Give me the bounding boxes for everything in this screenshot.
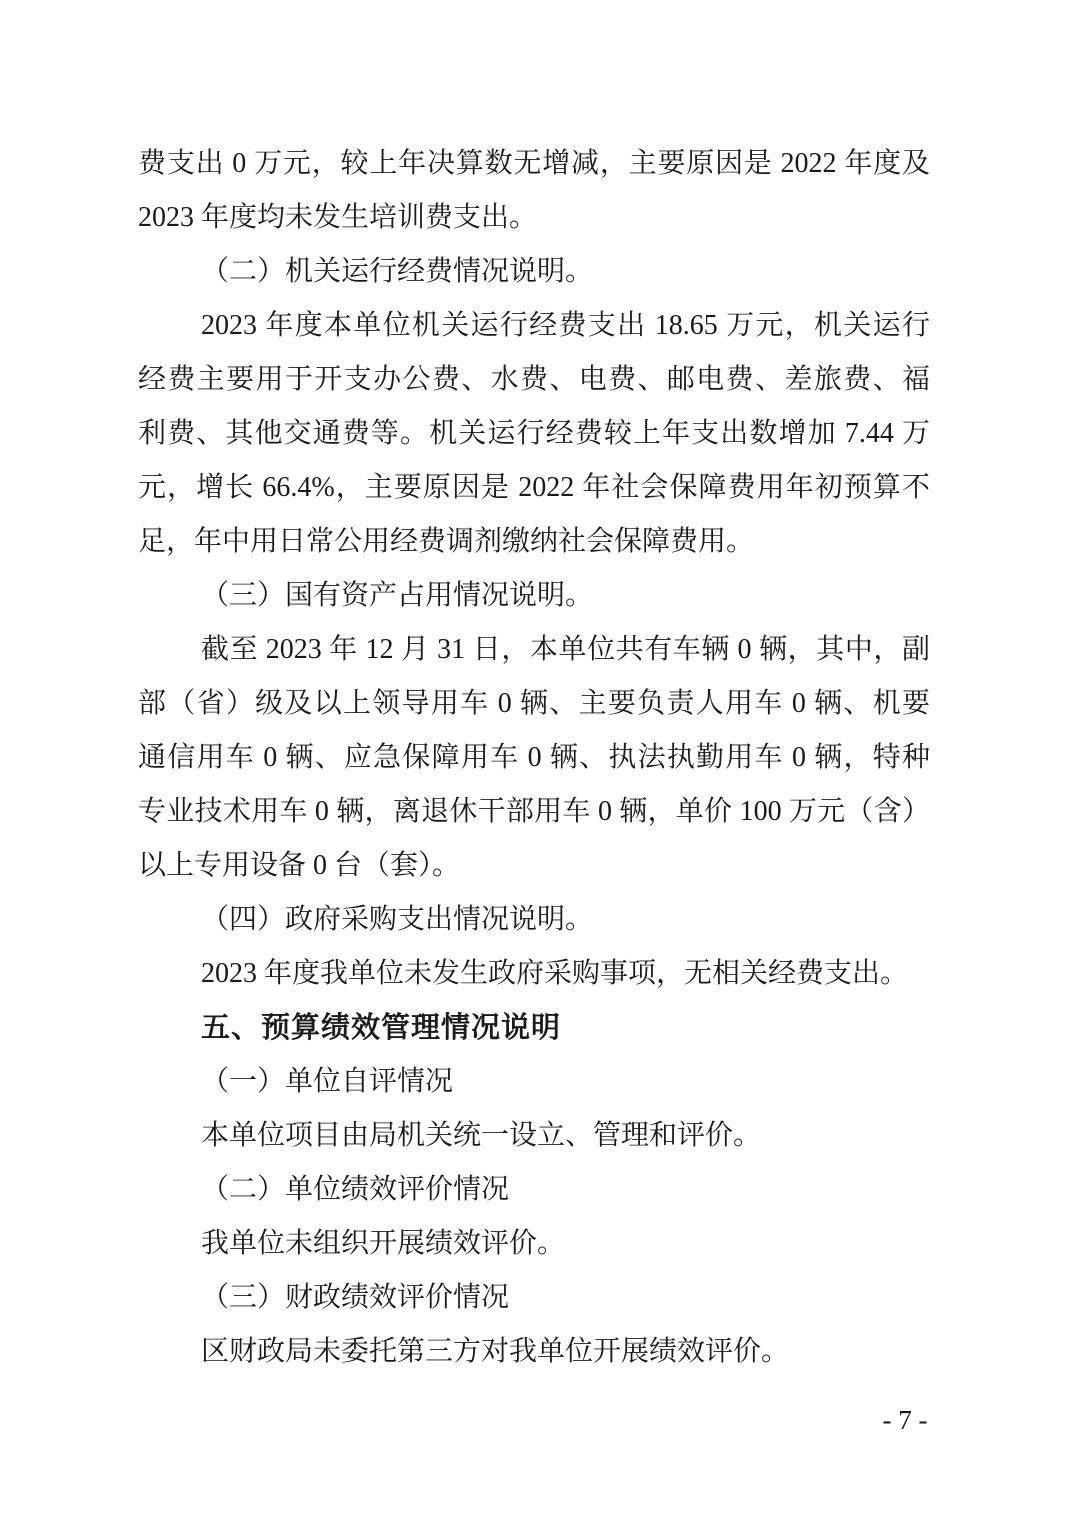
subsection-heading-self-evaluation: （一）单位自评情况 (138, 1055, 930, 1109)
section-heading-performance-management: 五、预算绩效管理情况说明 (138, 1001, 930, 1055)
paragraph-finance-performance-evaluation: 区财政局未委托第三方对我单位开展绩效评价。 (138, 1325, 930, 1379)
text-line: 部（省）级及以上领导用车 0 辆、主要负责人用车 0 辆、机要 (138, 677, 930, 731)
text-line: 费支出 0 万元，较上年决算数无增减，主要原因是 2022 年度及 (138, 137, 930, 191)
subsection-heading-operating-expenses: （二）机关运行经费情况说明。 (138, 245, 930, 299)
paragraph-training-fee-continuation: 费支出 0 万元，较上年决算数无增减，主要原因是 2022 年度及 2023 年… (138, 137, 930, 245)
paragraph-state-assets: 截至 2023 年 12 月 31 日，本单位共有车辆 0 辆，其中，副 部（省… (138, 623, 930, 893)
subsection-heading: （三）财政绩效评价情况 (138, 1271, 930, 1325)
text-line: 以上专用设备 0 台（套）。 (138, 839, 930, 893)
subsection-heading: （三）国有资产占用情况说明。 (138, 569, 930, 623)
text-line: 截至 2023 年 12 月 31 日，本单位共有车辆 0 辆，其中，副 (138, 623, 930, 677)
text-line: 通信用车 0 辆、应急保障用车 0 辆、执法执勤用车 0 辆，特种 (138, 731, 930, 785)
text-line: 区财政局未委托第三方对我单位开展绩效评价。 (138, 1325, 930, 1379)
document-page: 费支出 0 万元，较上年决算数无增减，主要原因是 2022 年度及 2023 年… (0, 0, 1069, 1515)
text-line: 我单位未组织开展绩效评价。 (138, 1217, 930, 1271)
text-line: 利费、其他交通费等。机关运行经费较上年支出数增加 7.44 万 (138, 407, 930, 461)
subsection-heading-unit-performance-evaluation: （二）单位绩效评价情况 (138, 1163, 930, 1217)
paragraph-self-evaluation: 本单位项目由局机关统一设立、管理和评价。 (138, 1109, 930, 1163)
subsection-heading-state-assets: （三）国有资产占用情况说明。 (138, 569, 930, 623)
subsection-heading: （二）单位绩效评价情况 (138, 1163, 930, 1217)
section-heading: 五、预算绩效管理情况说明 (138, 1001, 930, 1055)
subsection-heading: （一）单位自评情况 (138, 1055, 930, 1109)
page-number: - 7 - (845, 1398, 965, 1442)
text-line: 2023 年度均未发生培训费支出。 (138, 191, 930, 245)
subsection-heading: （二）机关运行经费情况说明。 (138, 245, 930, 299)
text-line: 足，年中用日常公用经费调剂缴纳社会保障费用。 (138, 515, 930, 569)
text-line: 经费主要用于开支办公费、水费、电费、邮电费、差旅费、福 (138, 353, 930, 407)
subsection-heading: （四）政府采购支出情况说明。 (138, 893, 930, 947)
subsection-heading-gov-procurement: （四）政府采购支出情况说明。 (138, 893, 930, 947)
paragraph-gov-procurement: 2023 年度我单位未发生政府采购事项，无相关经费支出。 (138, 947, 930, 1001)
text-line: 2023 年度我单位未发生政府采购事项，无相关经费支出。 (138, 947, 930, 1001)
paragraph-unit-performance-evaluation: 我单位未组织开展绩效评价。 (138, 1217, 930, 1271)
document-body: 费支出 0 万元，较上年决算数无增减，主要原因是 2022 年度及 2023 年… (138, 137, 930, 1379)
text-line: 本单位项目由局机关统一设立、管理和评价。 (138, 1109, 930, 1163)
paragraph-operating-expenses: 2023 年度本单位机关运行经费支出 18.65 万元，机关运行 经费主要用于开… (138, 299, 930, 569)
text-line: 2023 年度本单位机关运行经费支出 18.65 万元，机关运行 (138, 299, 930, 353)
text-line: 元，增长 66.4%，主要原因是 2022 年社会保障费用年初预算不 (138, 461, 930, 515)
text-line: 专业技术用车 0 辆，离退休干部用车 0 辆，单价 100 万元（含） (138, 785, 930, 839)
subsection-heading-finance-performance-evaluation: （三）财政绩效评价情况 (138, 1271, 930, 1325)
